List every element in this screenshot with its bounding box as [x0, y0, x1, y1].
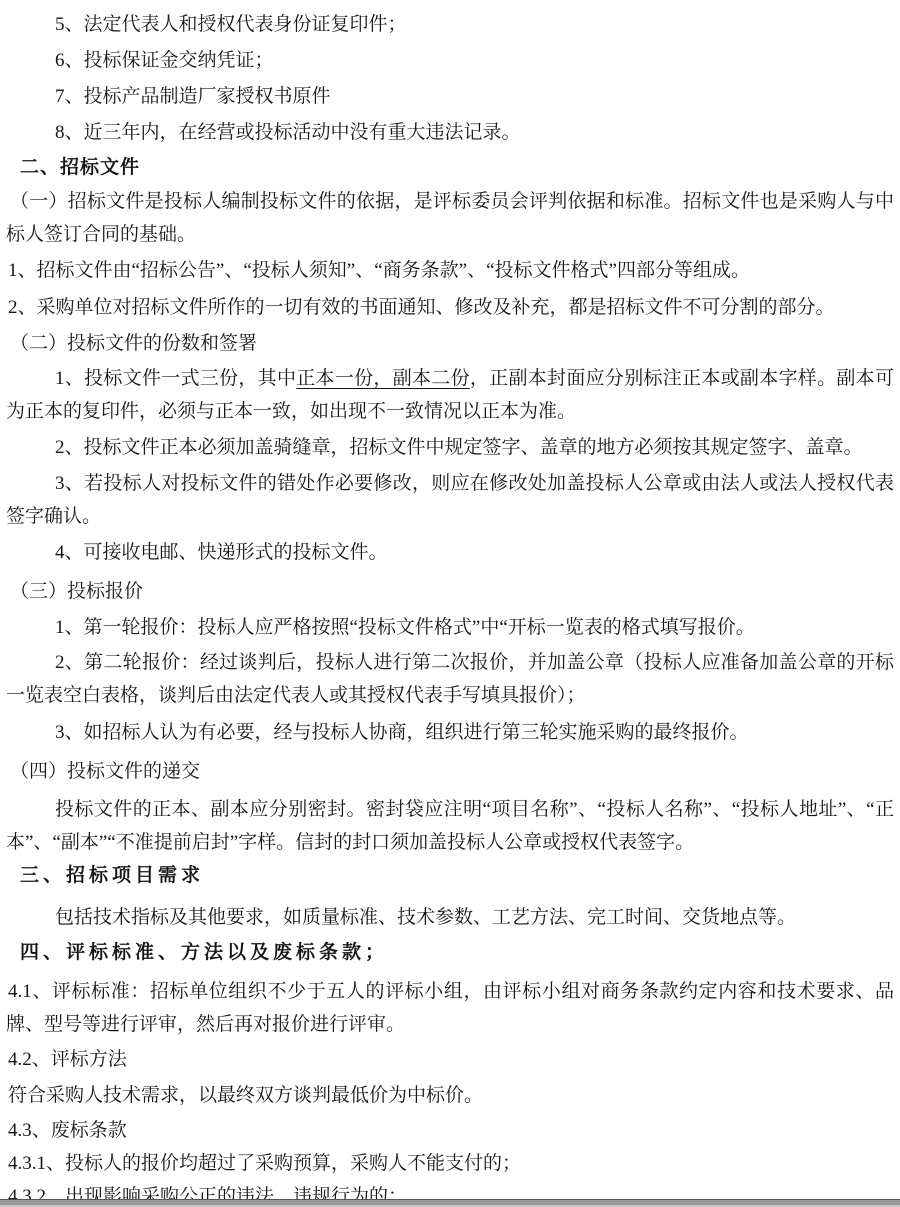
section-2-para-2-item-2: 2、投标文件正本必须加盖骑缝章，招标文件中规定签字、盖章的地方必须按其规定签字、… [6, 431, 894, 464]
section-2-para-3-heading: （三）投标报价 [6, 575, 894, 608]
horizontal-scrollbar[interactable] [0, 1199, 900, 1207]
qualification-item-6: 6、投标保证金交纳凭证； [6, 44, 894, 77]
section-4-item-4-2-body: 符合采购人技术需求，以最终双方谈判最低价为中标价。 [6, 1079, 894, 1112]
qualification-item-8: 8、近三年内，在经营或投标活动中没有重大违法记录。 [6, 116, 894, 149]
section-2-para-1-item-2: 2、采购单位对招标文件所作的一切有效的书面通知、修改及补充，都是招标文件不可分割… [6, 291, 894, 324]
section-2-heading: 二、招标文件 [6, 151, 894, 184]
underlined-text: 正本一份，副本二份 [296, 368, 470, 389]
section-3-body: 包括技术指标及其他要求，如质量标准、技术参数、工艺方法、完工时间、交货地点等。 [6, 901, 894, 934]
section-2-para-3-item-3: 3、如招标人认为有必要，经与投标人协商，组织进行第三轮实施采购的最终报价。 [6, 716, 894, 749]
section-2-para-2-heading: （二）投标文件的份数和签署 [6, 327, 894, 360]
document-page: 5、法定代表人和授权代表身份证复印件； 6、投标保证金交纳凭证； 7、投标产品制… [0, 0, 900, 1207]
section-2-para-2-item-3: 3、若投标人对投标文件的错处作必要修改，则应在修改处加盖投标人公章或由法人或法人… [6, 467, 894, 533]
section-2-para-3-item-2: 2、第二轮报价：经过谈判后，投标人进行第二次报价，并加盖公章（投标人应准备加盖公… [6, 646, 894, 712]
section-2-para-4-heading: （四）投标文件的递交 [6, 755, 894, 788]
section-4-heading: 四、评标标准、方法以及废标条款； [6, 936, 894, 969]
section-2-para-2-item-1: 1、投标文件一式三份，其中正本一份，副本二份，正副本封面应分别标注正本或副本字样… [6, 362, 894, 428]
section-2-para-3-item-1: 1、第一轮报价：投标人应严格按照“投标文件格式”中“开标一览表的格式填写报价。 [6, 611, 894, 644]
section-4-item-4-3-1: 4.3.1、投标人的报价均超过了采购预算，采购人不能支付的； [6, 1147, 894, 1180]
qualification-item-7: 7、投标产品制造厂家授权书原件 [6, 80, 894, 113]
section-3-heading: 三、招标项目需求 [6, 859, 894, 892]
section-2-para-2-item-4: 4、可接收电邮、快递形式的投标文件。 [6, 536, 894, 569]
section-4-item-4-2-heading: 4.2、评标方法 [6, 1043, 894, 1076]
section-4-item-4-1: 4.1、评标标准：招标单位组织不少于五人的评标小组，由评标小组对商务条款约定内容… [6, 975, 894, 1041]
section-2-para-1: （一）招标文件是投标人编制投标文件的依据，是评标委员会评判依据和标准。招标文件也… [6, 185, 894, 251]
section-2-para-4-body: 投标文件的正本、副本应分别密封。密封袋应注明“项目名称”、“投标人名称”、“投标… [6, 793, 894, 859]
section-2-para-1-item-1: 1、招标文件由“招标公告”、“投标人须知”、“商务条款”、“投标文件格式”四部分… [6, 254, 894, 287]
qualification-item-5: 5、法定代表人和授权代表身份证复印件； [6, 8, 894, 41]
item-text-pre: 1、投标文件一式三份，其中 [55, 368, 296, 389]
section-4-item-4-3-heading: 4.3、废标条款 [6, 1114, 894, 1147]
